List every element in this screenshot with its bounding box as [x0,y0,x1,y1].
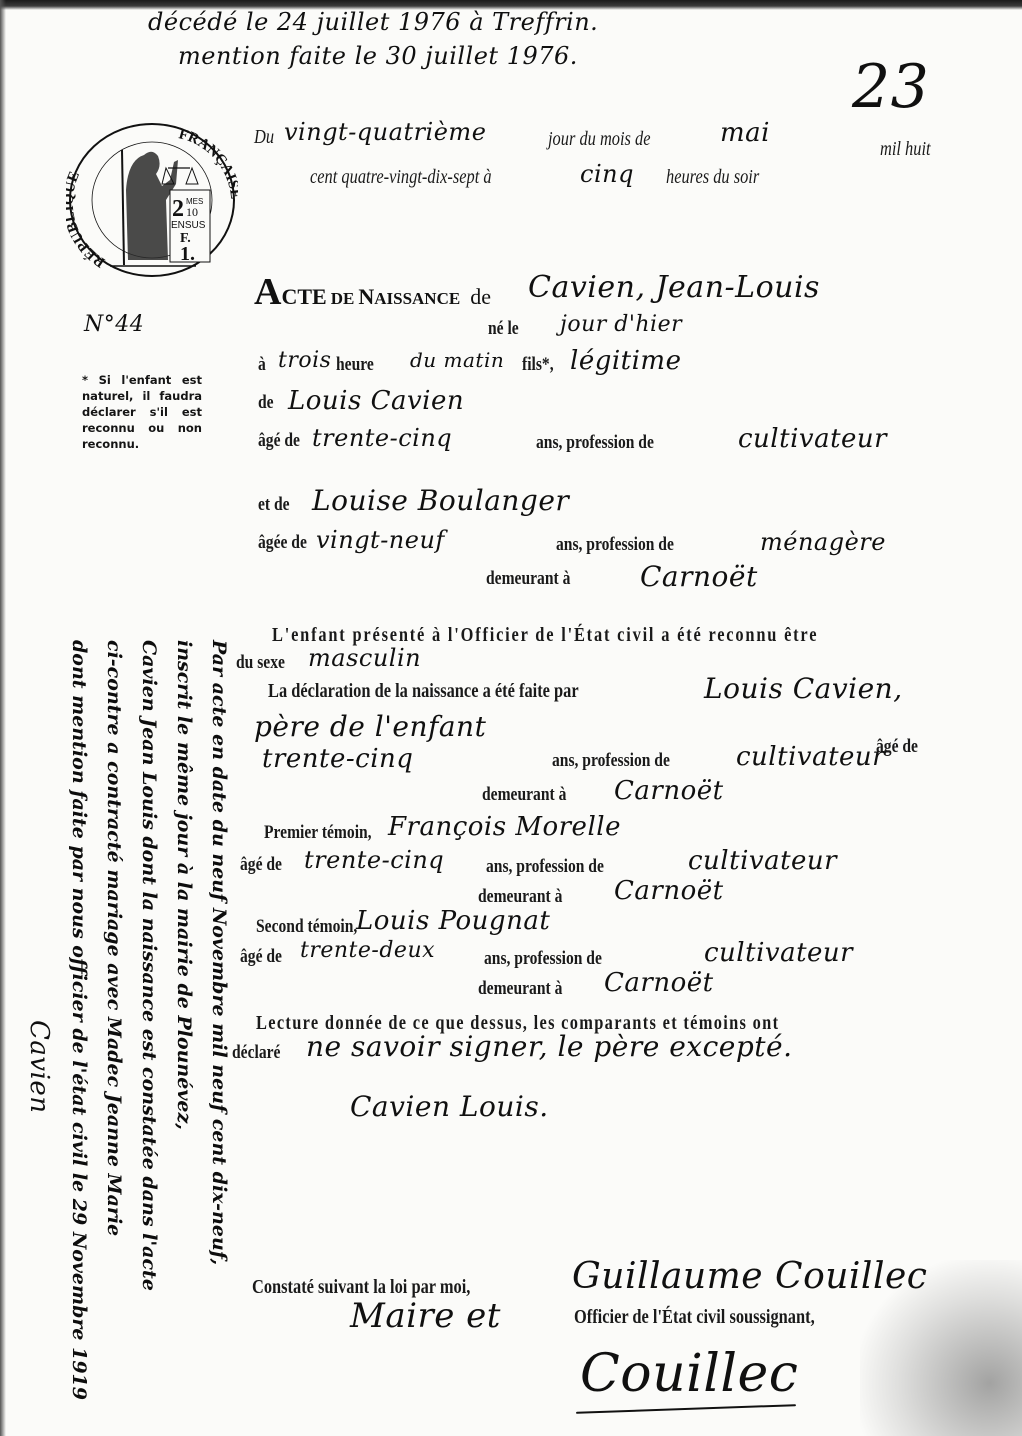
declarant-residence: Carnoët [614,776,724,806]
witness1-name: François Morelle [388,812,621,842]
father-de-label: de [258,392,274,414]
date-prefix: Du [254,126,274,149]
declarant-relation: père de l'enfant [254,710,486,743]
declarant-name: Louis Cavien, [704,672,903,705]
svg-text:1.: 1. [180,243,195,265]
witness1-age-value: trente-cinq [304,846,444,874]
declared-value: ne savoir signer, le père excepté. [306,1030,792,1063]
heure-label: heure [336,354,374,376]
witness1-age-label: âgé de [240,854,282,876]
witness1-label: Premier témoin, [264,822,372,844]
witness2-residence: Carnoët [604,968,714,998]
scan-left-edge [0,0,6,1436]
date-line2-suffix: heures du soir [666,166,759,189]
witness2-name: Louis Pougnat [356,906,550,936]
date-mid: jour du mois de [548,128,651,151]
father-profession: cultivateur [738,424,887,454]
father-prof-label: ans, profession de [536,432,654,454]
witness1-profession: cultivateur [688,846,837,876]
child-name: Cavien, Jean-Louis [528,270,820,305]
margin-note-line: Cavien Jean Louis dont la naissance est … [125,640,160,1420]
register-number: N°44 [84,312,144,337]
declarant-sentence: La déclaration de la naissance a été fai… [268,680,579,703]
witness2-residence-label: demeurant à [478,978,562,1000]
father-age-label: âgé de [258,430,300,452]
officer-name: Guillaume Couillec [572,1256,927,1297]
witness1-prof-label: ans, profession de [486,856,604,878]
witness1-residence: Carnoët [614,876,724,906]
svg-text:ENSUS: ENSUS [171,220,206,231]
death-annotation-line2: mention faite le 30 juillet 1976. [178,42,578,70]
officer-label: Officier de l'État civil soussignant, [574,1306,815,1329]
birth-period-value: du matin [410,348,504,372]
father-name: Louis Cavien [288,386,464,416]
sex-value: masculin [308,644,421,672]
declarant-age-value: trente-cinq [262,744,413,774]
mother-prof-label: ans, profession de [556,534,674,556]
margin-note-line: Par acte en date du neuf Novembre mil ne… [195,640,230,1420]
witness2-age-value: trente-deux [300,938,435,963]
footnote-natural-child: * Si l'enfant est naturel, il faudra déc… [82,372,202,452]
declared-label: déclaré [232,1042,280,1064]
mother-age-label: âgée de [258,532,307,554]
mother-name: Louise Boulanger [312,484,569,517]
fils-label: fils*, [522,354,554,376]
date-suffix: mil huit [880,138,931,161]
mother-et-de-label: et de [258,494,290,516]
margin-note-line: ci-contre a contracté mariage avec Madec… [90,640,125,1420]
margin-note-signature: Cavien [4,1010,64,1190]
birth-hour-value: trois [278,348,331,373]
maire-label: Maire et [350,1296,501,1336]
legitimacy-value: légitime [570,346,681,376]
date-line2-prefix: cent quatre-vingt-dix-sept à [310,166,492,189]
mother-residence: Carnoët [640,560,758,593]
svg-text:2: 2 [172,196,184,222]
mother-residence-label: demeurant à [486,568,570,590]
margin-signature-text: Cavien [24,1020,54,1114]
date-hour: cinq [580,160,634,188]
ne-le-label: né le [488,318,519,340]
sex-label: du sexe [236,652,285,674]
mother-profession: ménagère [760,528,886,556]
witness2-profession: cultivateur [704,938,853,968]
republique-francaise-stamp: RÉPUBLIQUE FRANÇAISE 2 MES 10 ENSUS F. 1… [66,120,238,280]
officer-signature: Couillec [580,1344,798,1404]
witness2-label: Second témoin, [256,916,357,938]
father-signature: Cavien Louis. [350,1090,549,1123]
document-title: ACTE DE NAISSANCE de [254,270,491,314]
death-annotation-line1: décédé le 24 juillet 1976 à Treffrin. [148,8,598,36]
witness2-age-label: âgé de [240,946,282,968]
mother-age-value: vingt-neuf [316,526,445,554]
svg-text:FRANÇAISE: FRANÇAISE [177,126,238,200]
declarant-profession: cultivateur [736,742,885,772]
a-label: à [258,354,266,376]
svg-text:10: 10 [186,205,198,219]
svg-text:RÉPUBLIQUE: RÉPUBLIQUE [66,169,108,270]
date-day: vingt-quatrième [284,118,486,146]
stamp-seal-icon: RÉPUBLIQUE FRANÇAISE 2 MES 10 ENSUS F. 1… [66,120,238,280]
witness2-prof-label: ans, profession de [484,948,602,970]
signature-flourish [576,1404,796,1414]
witness1-residence-label: demeurant à [478,886,562,908]
father-age-value: trente-cinq [312,424,452,452]
declarant-prof-label: ans, profession de [552,750,670,772]
margin-note-line: inscrit le même jour à la mairie de Plou… [160,640,195,1420]
marriage-margin-note: Par acte en date du neuf Novembre mil ne… [55,640,230,1420]
birth-day-value: jour d'hier [560,312,682,337]
date-month: mai [720,118,770,148]
page-number: 23 [852,52,929,122]
declarant-residence-label: demeurant à [482,784,566,806]
